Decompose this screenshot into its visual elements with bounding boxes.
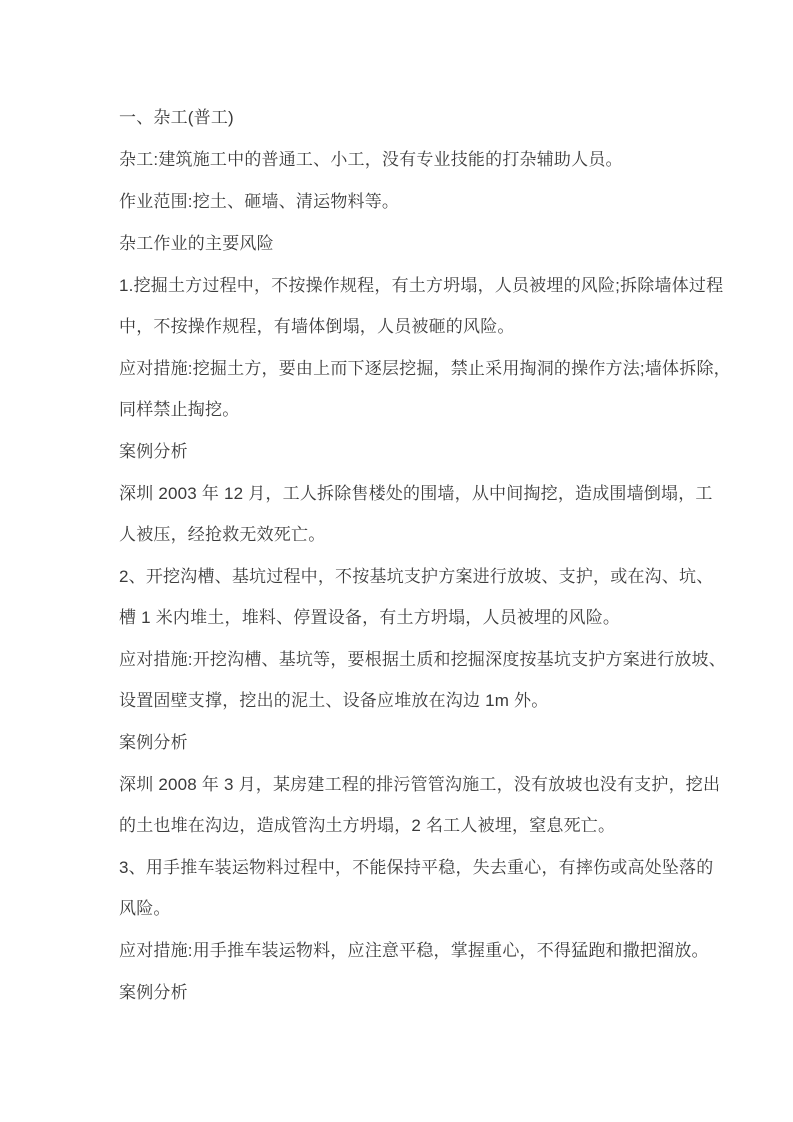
text-line: 案例分析 [119,722,705,763]
text-line: 风险。 [119,888,705,929]
text-line: 同样禁止掏挖。 [119,389,705,430]
paragraph-scope: 作业范围:挖土、砸墙、清运物料等。 [119,181,705,222]
paragraph-risk-3: 3、用手推车装运物料过程中，不能保持平稳，失去重心，有摔伤或高处坠落的 风险。 [119,847,705,929]
text-line: 应对措施:开挖沟槽、基坑等，要根据土质和挖掘深度按基坑支护方案进行放坡、 [119,639,705,680]
paragraph-measure-1: 应对措施:挖掘土方，要由上而下逐层挖掘，禁止采用掏洞的操作方法;墙体拆除， 同样… [119,348,705,430]
document-page: 一、杂工(普工) 杂工:建筑施工中的普通工、小工，没有专业技能的打杂辅助人员。 … [0,0,793,1122]
text-line: 2、开挖沟槽、基坑过程中，不按基坑支护方案进行放坡、支护，或在沟、坑、 [119,556,705,597]
paragraph-case-2: 深圳 2008 年 3 月，某房建工程的排污管管沟施工，没有放坡也没有支护，挖出… [119,764,705,846]
text-line: 深圳 2008 年 3 月，某房建工程的排污管管沟施工，没有放坡也没有支护，挖出 [119,764,705,805]
text-line: 设置固壁支撑，挖出的泥土、设备应堆放在沟边 1m 外。 [119,680,705,721]
text-line: 作业范围:挖土、砸墙、清运物料等。 [119,181,705,222]
paragraph-risk-1: 1.挖掘土方过程中，不按操作规程，有土方坍塌，人员被埋的风险;拆除墙体过程 中，… [119,265,705,347]
text-line: 案例分析 [119,972,705,1013]
case-analysis-heading: 案例分析 [119,431,705,472]
paragraph-measure-3: 应对措施:用手推车装运物料，应注意平稳，掌握重心，不得猛跑和撒把溜放。 [119,930,705,971]
text-line: 应对措施:挖掘土方，要由上而下逐层挖掘，禁止采用掏洞的操作方法;墙体拆除， [119,348,705,389]
section-heading: 一、杂工(普工) [119,97,705,138]
text-line: 槽 1 米内堆土，堆料、停置设备，有土方坍塌，人员被埋的风险。 [119,597,705,638]
paragraph-case-1: 深圳 2003 年 12 月，工人拆除售楼处的围墙，从中间掏挖，造成围墙倒塌，工… [119,473,705,555]
paragraph-definition: 杂工:建筑施工中的普通工、小工，没有专业技能的打杂辅助人员。 [119,139,705,180]
risks-heading: 杂工作业的主要风险 [119,223,705,264]
text-line: 案例分析 [119,431,705,472]
text-line: 应对措施:用手推车装运物料，应注意平稳，掌握重心，不得猛跑和撒把溜放。 [119,930,705,971]
text-line: 杂工:建筑施工中的普通工、小工，没有专业技能的打杂辅助人员。 [119,139,705,180]
text-line: 杂工作业的主要风险 [119,223,705,264]
case-analysis-heading: 案例分析 [119,722,705,763]
text-line: 人被压，经抢救无效死亡。 [119,514,705,555]
text-line: 1.挖掘土方过程中，不按操作规程，有土方坍塌，人员被埋的风险;拆除墙体过程 [119,265,705,306]
text-line: 的土也堆在沟边，造成管沟土方坍塌，2 名工人被埋，窒息死亡。 [119,805,705,846]
paragraph-risk-2: 2、开挖沟槽、基坑过程中，不按基坑支护方案进行放坡、支护，或在沟、坑、 槽 1 … [119,556,705,638]
text-line: 深圳 2003 年 12 月，工人拆除售楼处的围墙，从中间掏挖，造成围墙倒塌，工 [119,473,705,514]
text-line: 中，不按操作规程，有墙体倒塌，人员被砸的风险。 [119,306,705,347]
paragraph-measure-2: 应对措施:开挖沟槽、基坑等，要根据土质和挖掘深度按基坑支护方案进行放坡、 设置固… [119,639,705,721]
text-line: 3、用手推车装运物料过程中，不能保持平稳，失去重心，有摔伤或高处坠落的 [119,847,705,888]
text-line: 一、杂工(普工) [119,97,705,138]
case-analysis-heading: 案例分析 [119,972,705,1013]
